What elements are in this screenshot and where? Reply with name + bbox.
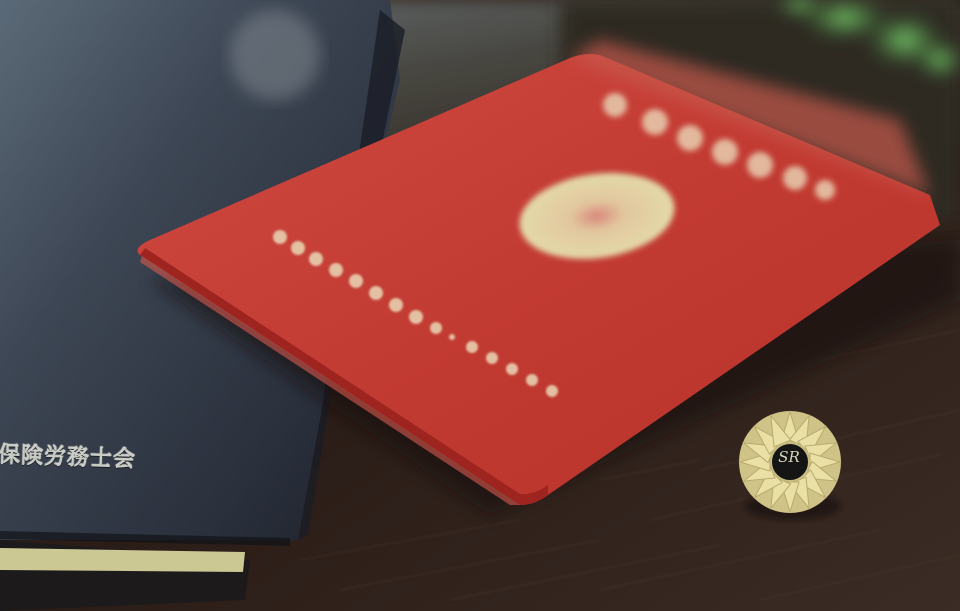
scene-illustration (0, 0, 960, 611)
notebook-embossed-title: 保険労務士会 (0, 438, 136, 474)
notebook-page-edge (0, 548, 245, 572)
photo-scene: 保険労務士会 SR (0, 0, 960, 611)
badge-monogram: SR (772, 448, 806, 466)
